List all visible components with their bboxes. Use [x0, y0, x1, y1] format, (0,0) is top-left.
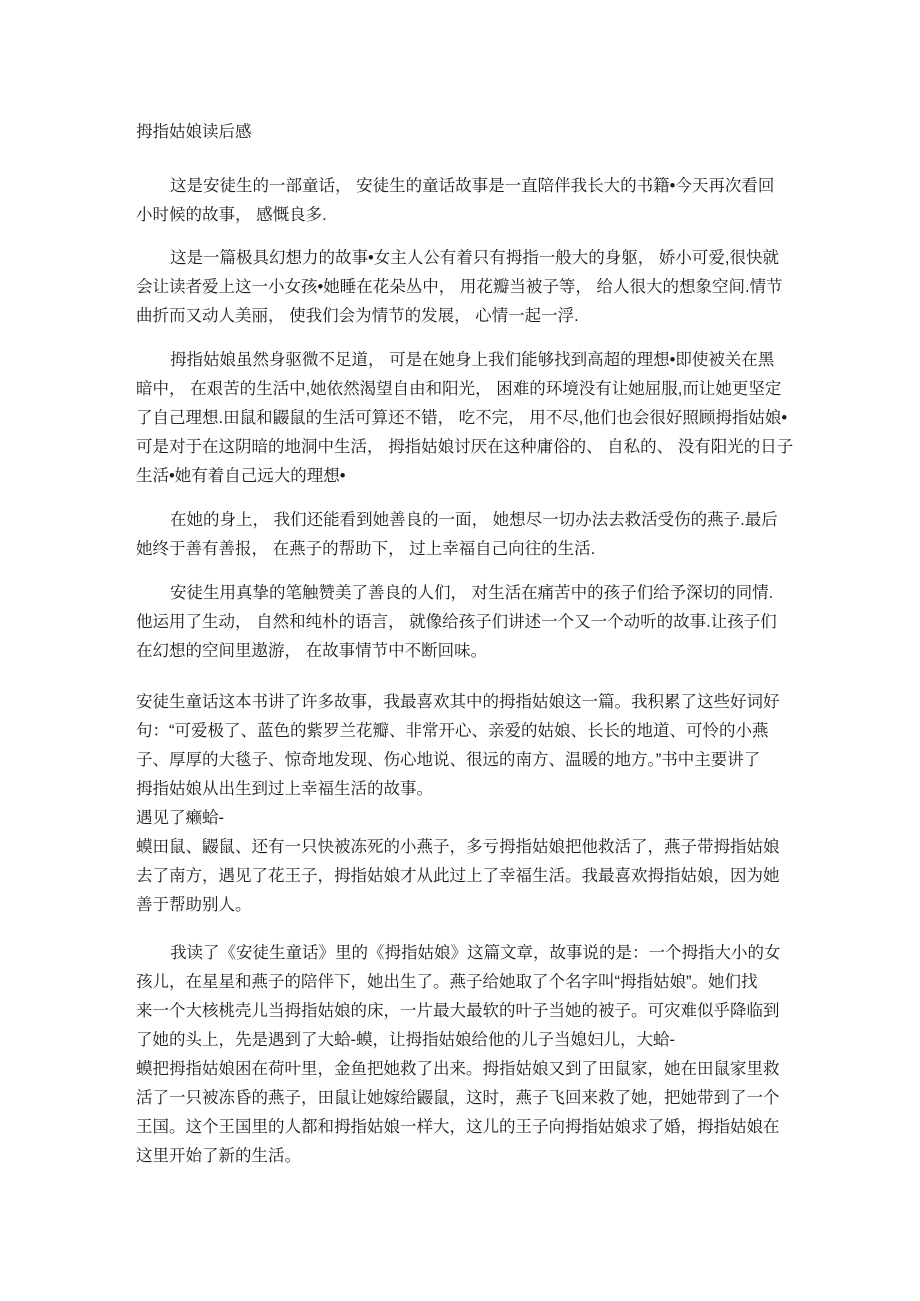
- paragraph: 我读了《安徒生童话》里的《拇指姑娘》这篇文章，故事说的是：一个拇指大小的女孩儿，…: [136, 939, 796, 1171]
- text-line: 王国。这个王国里的人都和拇指姑娘一样大，这儿的王子向拇指姑娘求了婚，拇指姑娘在: [136, 1113, 796, 1142]
- paragraph: 安徒生用真挚的笔触赞美了善良的人们， 对生活在痛苦中的孩子们给予深切的同情.他运…: [136, 579, 796, 666]
- text-line: 拇指姑娘从出生到过上幸福生活的故事。: [136, 775, 796, 804]
- document-title: 拇指姑娘读后感: [136, 118, 796, 147]
- text-line: 了自己理想.田鼠和鼹鼠的生活可算还不错， 吃不完， 用不尽,他们也会很好照顾拇指…: [136, 404, 796, 433]
- text-line: 我读了《安徒生童话》里的《拇指姑娘》这篇文章，故事说的是：一个拇指大小的女: [136, 939, 796, 968]
- text-line: 在幻想的空间里遨游， 在故事情节中不断回味。: [136, 637, 796, 666]
- text-line: 这是安徒生的一部童话， 安徒生的童话故事是一直陪伴我长大的书籍•今天再次看回: [136, 172, 796, 201]
- paragraph: 这是安徒生的一部童话， 安徒生的童话故事是一直陪伴我长大的书籍•今天再次看回小时…: [136, 172, 796, 230]
- text-line: 活了一只被冻昏的燕子，田鼠让她嫁给鼹鼠，这时，燕子飞回来救了她，把她带到了一个: [136, 1084, 796, 1113]
- text-line: 安徒生童话这本书讲了许多故事，我最喜欢其中的拇指姑娘这一篇。我积累了这些好词好: [136, 688, 796, 717]
- text-line: 子、厚厚的大毯子、惊奇地发现、伤心地说、很远的南方、温暖的地方。”书中主要讲了: [136, 746, 796, 775]
- text-line: 拇指姑娘虽然身驱微不足道， 可是在她身上我们能够找到高超的理想•即使被关在黑: [136, 346, 796, 375]
- text-line: 曲折而又动人美丽， 使我们会为情节的发展， 心情一起一浮.: [136, 302, 796, 331]
- text-line: 她终于善有善报， 在燕子的帮助下， 过上幸福自己向往的生活.: [136, 535, 796, 564]
- document-content: 拇指姑娘读后感 这是安徒生的一部童话， 安徒生的童话故事是一直陪伴我长大的书籍•…: [136, 118, 796, 1171]
- text-line: 去了南方，遇见了花王子，拇指姑娘才从此过上了幸福生活。我最喜欢拇指姑娘，因为她: [136, 862, 796, 891]
- text-line: 可是对于在这阴暗的地洞中生活， 拇指姑娘讨厌在这种庸俗的、 自私的、 没有阳光的…: [136, 433, 796, 462]
- text-line: 这是一篇极具幻想力的故事•女主人公有着只有拇指一般大的身躯， 娇小可爱,很快就: [136, 244, 796, 273]
- text-line: 他运用了生动， 自然和纯朴的语言， 就像给孩子们讲述一个又一个动听的故事.让孩子…: [136, 608, 796, 637]
- text-line: 生活•她有着自己远大的理想•: [136, 462, 796, 491]
- document-body: 这是安徒生的一部童话， 安徒生的童话故事是一直陪伴我长大的书籍•今天再次看回小时…: [136, 172, 796, 1171]
- paragraph: 拇指姑娘虽然身驱微不足道， 可是在她身上我们能够找到高超的理想•即使被关在黑暗中…: [136, 346, 796, 491]
- text-line: 蟆把拇指姑娘困在荷叶里，金鱼把她救了出来。拇指姑娘又到了田鼠家，她在田鼠家里救: [136, 1055, 796, 1084]
- text-line: 小时候的故事， 感慨良多.: [136, 201, 796, 230]
- text-line: 暗中， 在艰苦的生活中,她依然渴望自由和阳光， 困难的环境没有让她屈服,而让她更…: [136, 375, 796, 404]
- text-line: 遇见了癞蛤-: [136, 804, 796, 833]
- text-line: 蟆田鼠、鼹鼠、还有一只快被冻死的小燕子，多亏拇指姑娘把他救活了，燕子带拇指姑娘: [136, 833, 796, 862]
- text-line: 善于帮助别人。: [136, 891, 796, 920]
- text-line: 孩儿，在星星和燕子的陪伴下，她出生了。燕子给她取了个名字叫“拇指姑娘”。她们找: [136, 968, 796, 997]
- text-line: 安徒生用真挚的笔触赞美了善良的人们， 对生活在痛苦中的孩子们给予深切的同情.: [136, 579, 796, 608]
- text-line: 这里开始了新的生活。: [136, 1142, 796, 1171]
- paragraph: 安徒生童话这本书讲了许多故事，我最喜欢其中的拇指姑娘这一篇。我积累了这些好词好句…: [136, 688, 796, 920]
- paragraph: 在她的身上， 我们还能看到她善良的一面， 她想尽一切办法去救活受伤的燕子.最后她…: [136, 506, 796, 564]
- paragraph: 这是一篇极具幻想力的故事•女主人公有着只有拇指一般大的身躯， 娇小可爱,很快就会…: [136, 244, 796, 331]
- text-line: 会让读者爱上这一小女孩•她睡在花朵丛中， 用花瓣当被子等， 给人很大的想象空间.…: [136, 273, 796, 302]
- text-line: 来一个大核桃壳儿当拇指姑娘的床，一片最大最软的叶子当她的被子。可灾难似乎降临到: [136, 997, 796, 1026]
- document-page: 拇指姑娘读后感 这是安徒生的一部童话， 安徒生的童话故事是一直陪伴我长大的书籍•…: [0, 0, 920, 1301]
- text-line: 了她的头上，先是遇到了大蛤-蟆，让拇指姑娘给他的儿子当媳妇儿，大蛤-: [136, 1026, 796, 1055]
- text-line: 在她的身上， 我们还能看到她善良的一面， 她想尽一切办法去救活受伤的燕子.最后: [136, 506, 796, 535]
- text-line: 句：“可爱极了、蓝色的紫罗兰花瓣、非常开心、亲爱的姑娘、长长的地道、可怜的小燕: [136, 717, 796, 746]
